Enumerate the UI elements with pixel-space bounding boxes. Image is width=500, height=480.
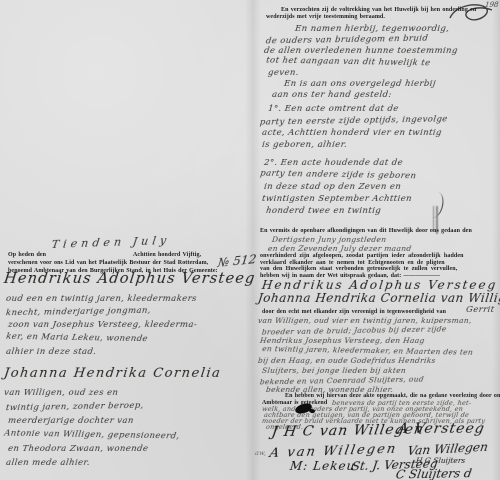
witness-name-inline: Gerrit [465,305,495,315]
printed-intro-line: Achttien honderd Vijftig, [133,252,201,258]
handwritten-line: aan ons ter hand gesteld: [271,90,392,100]
handwritten-line: En is aan ons overgelegd hierbij [283,79,436,89]
signature-groom: A Versteeg [397,421,487,437]
groom-detail-line: ker, en Maria Lekeu, wonende [5,332,148,344]
bride-name: Johanna Hendrika Cornelia [3,366,222,381]
married-bride-name: Johanna Hendrika Cornelia van Willigen [257,291,500,305]
banns-date-line: en den Zevenden July dezer maand [267,244,412,253]
printed-witness-line: door den echt met elkander zijn vereenig… [262,309,446,315]
handwritten-date: Tienden July [51,234,171,251]
witness-line: en twintig jaren, kleedermaker, en Maart… [262,344,474,357]
submitted-item-line: acte, Achttien honderd vier en twintig [261,128,442,138]
groom-detail-line: oud een en twintig jaren, kleedermakers [5,294,197,304]
handwritten-line: de ouders van bruidegom en bruid [265,34,428,47]
signature-witness: C Sluijters d [395,466,473,480]
bride-detail-line: allen mede alhier. [5,458,90,468]
handwritten-line: geven. [267,68,299,78]
submitted-item-line: is geboren, alhier. [261,140,347,150]
handwritten-line: de allen overledenen hunne toestemming [263,46,458,56]
bride-detail-line: en Theodora Zwaan, wonende [7,444,149,454]
printed-intro-line: verschenen voor ons Lid van het Plaatsel… [8,260,208,266]
bride-detail-line: meerderjarige dochter van [7,416,134,426]
printed-conclusion-line: van den Huwelijken staat verbonden getro… [260,266,457,272]
act-number: № 512 [217,252,257,270]
page-fold-shadow [245,0,261,480]
witness-line: bij den Haag, en oude Godefridus Hendrik… [257,356,436,365]
printed-consent-line: En verzochten zij de voltrekking van het… [281,7,476,13]
groom-detail-line: knecht, minderjarige jongman, [5,306,151,319]
groom-detail-line: zoon van Josephus Versteeg, kleederma- [7,320,197,330]
paraaf-flourish [446,0,496,26]
submitted-item-line: honderd twee en twintig [265,206,381,216]
printed-intro-line: Op heden den [8,252,46,258]
groom-detail-line: alhier in deze stad. [5,347,97,357]
married-groom-name: Hendrikus Adolphus Versteeg en [261,278,500,292]
groom-name: Hendrikus Adolphus Versteeg [3,271,256,287]
submitted-item-line: 1°. Een acte omtrent dat de [267,104,399,114]
submitted-item-line: party ten eerste zijde optijds, ingevolg… [259,114,448,127]
submitted-item-line: twintigsten September Achttien [261,194,412,204]
bride-detail-line: van Willigen, oud zes en [3,388,119,398]
printed-conclusion-line: onverhinderd zijn afgeloopen, zoodat par… [260,253,464,259]
page-edge-shadow [492,0,500,480]
handwritten-line: En namen hierbij, tegenwoordig, [294,24,450,34]
banns-date-line: Dertigsten Juny jongstleden [271,235,387,244]
handwritten-line: tot het aangaan van dit huwelijk te [265,56,431,69]
signature-witness: M: Lekeu [289,459,356,473]
bride-detail-line: Antonie van Willigen, gepensioneerd, [4,428,181,441]
submitted-item-line: 2°. Een acte houdende dat de [263,158,403,168]
submitted-item-line: in deze stad op den Zeven en [263,182,401,192]
margin-mark: aw, [255,449,267,457]
printed-consent-line: wederzijds met vrije toestemming beraamd… [266,14,385,20]
bride-detail-line: twintig jaren, zonder beroep, [5,401,144,413]
document-scan: Tienden July Op heden den Achttien honde… [0,0,500,480]
printed-banns-line: En vermits de openbare afkondigingen van… [260,228,472,234]
submitted-item-line: party ten andere zijde is geboren [259,169,417,182]
witness-line: broeder van de bruid; Jacobus bij dezer … [261,324,447,336]
witness-line: Sluijters, bei jonge lieden bij akten [261,366,406,375]
